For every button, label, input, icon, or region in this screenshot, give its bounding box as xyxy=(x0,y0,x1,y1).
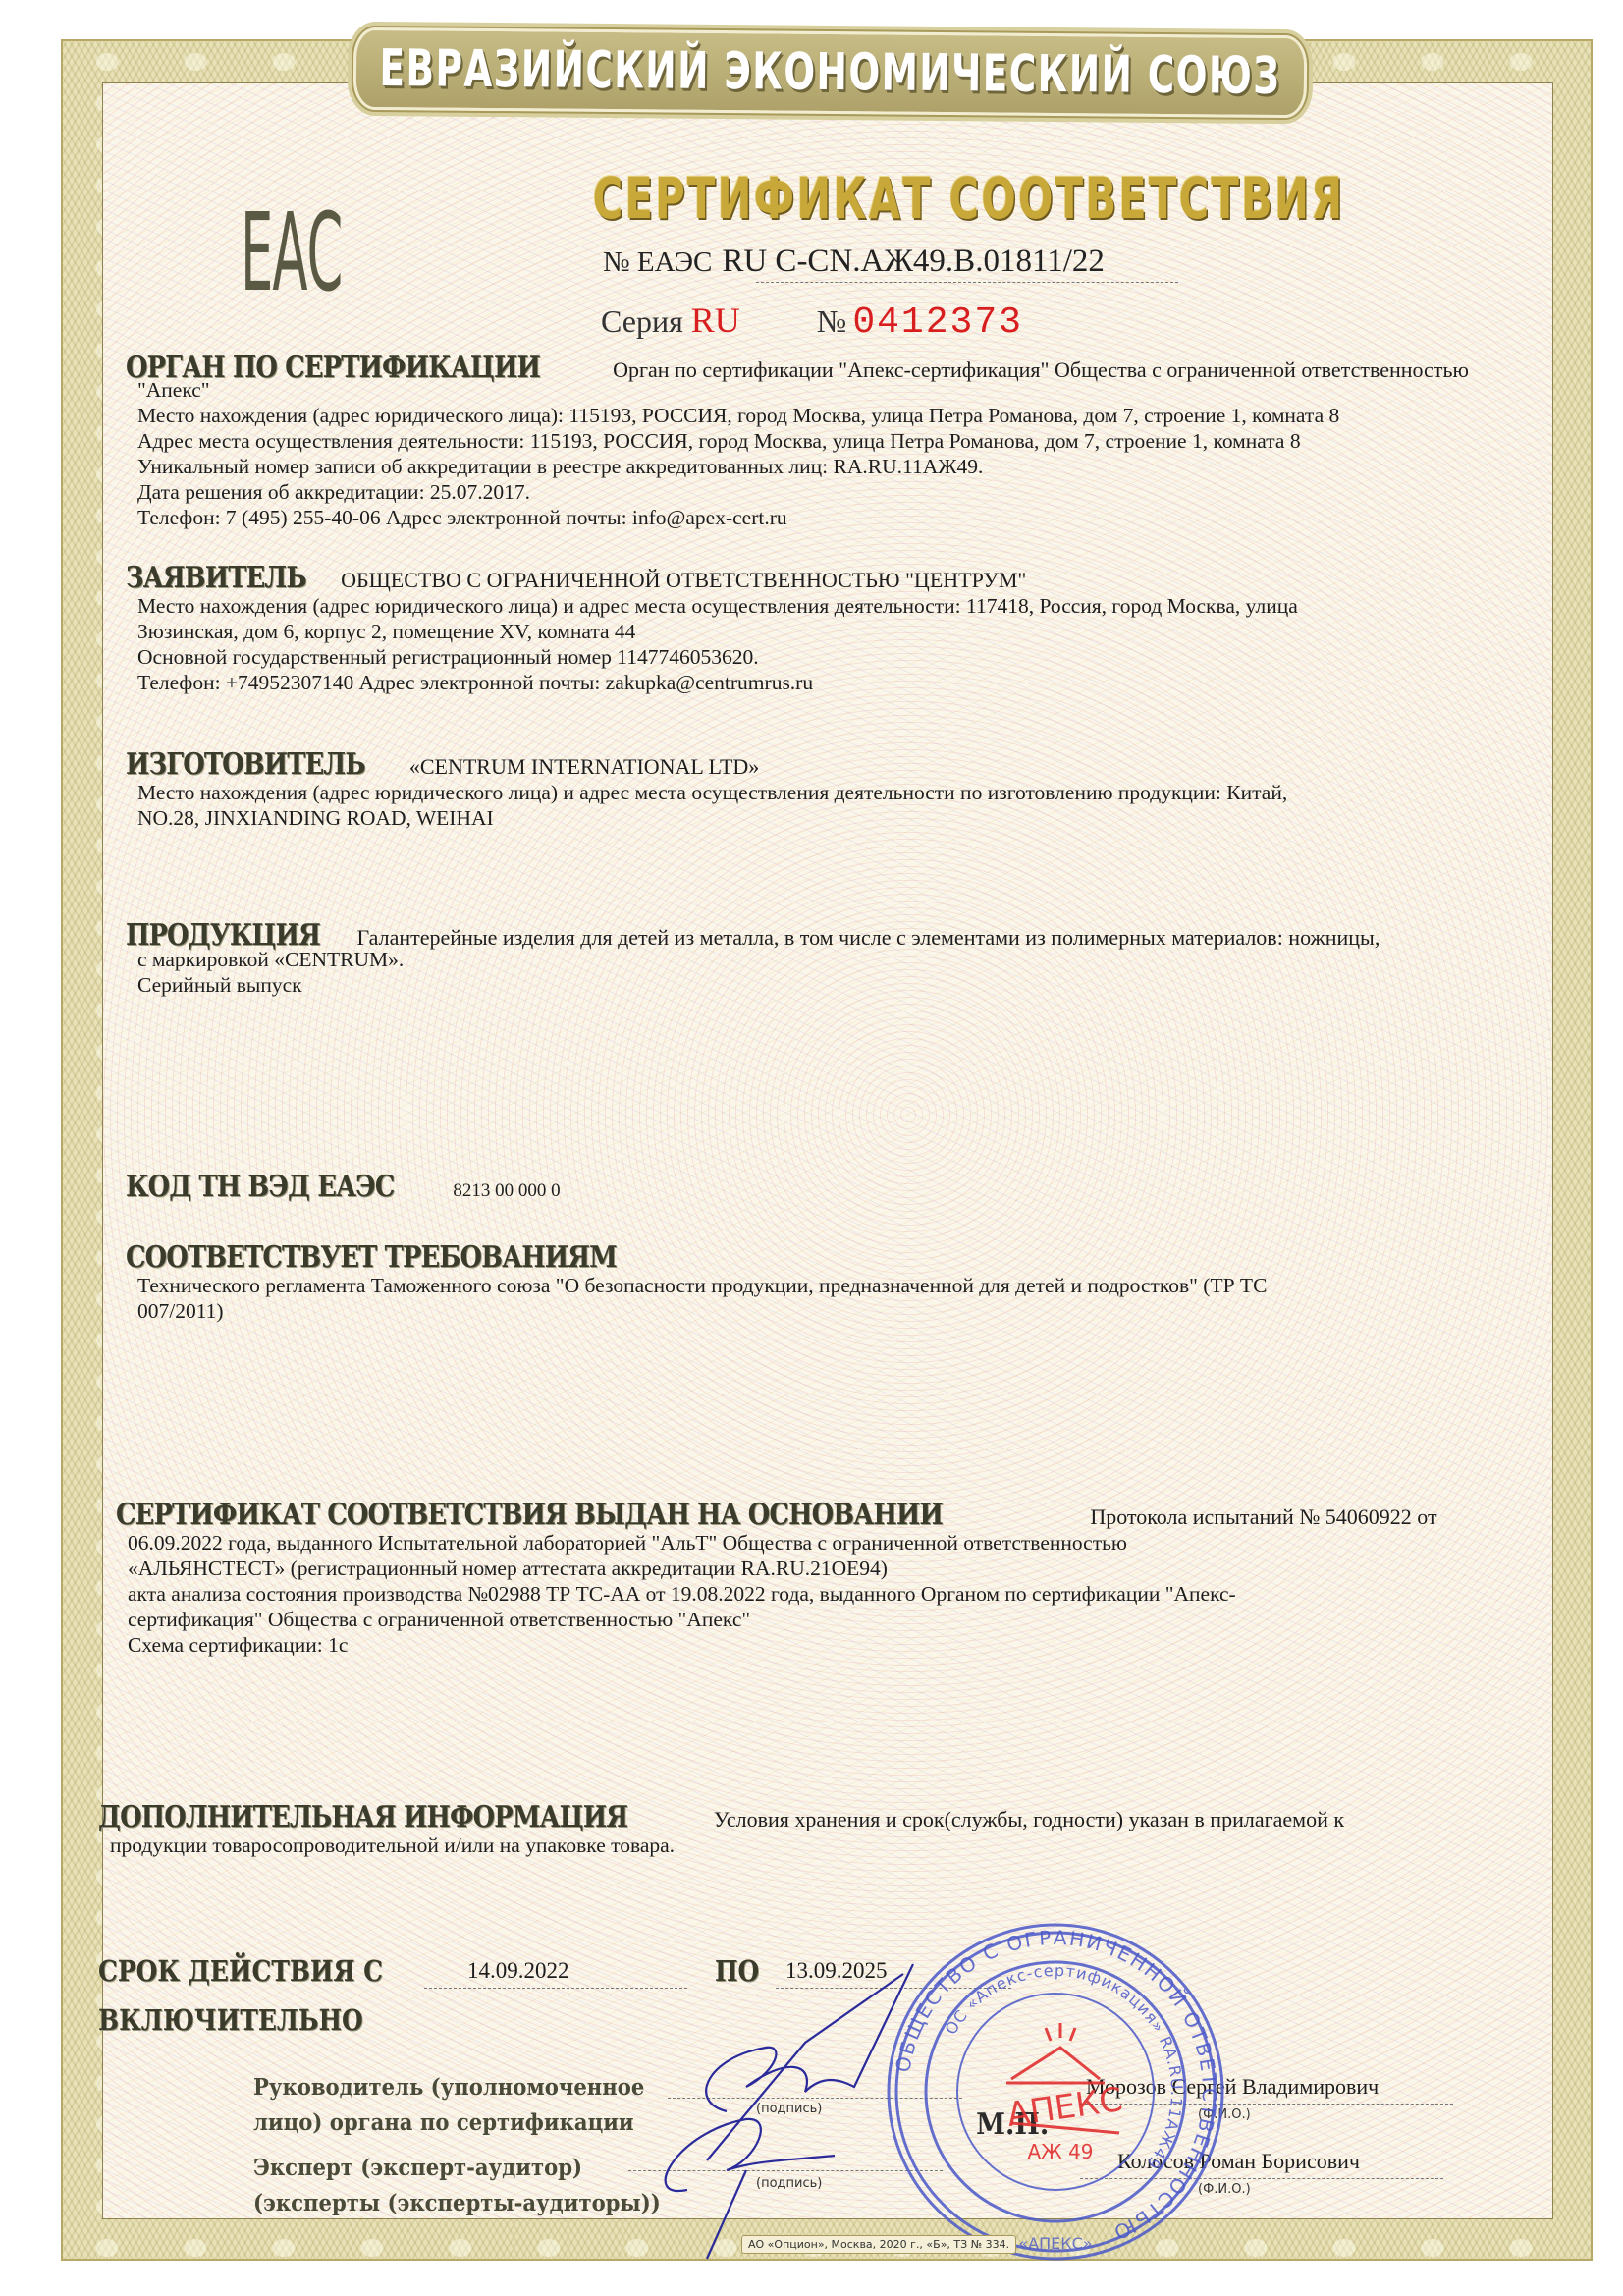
manufacturer-line: NO.28, JINXIANDING ROAD, WEIHAI xyxy=(126,805,1500,831)
certification-body-line: Телефон: 7 (495) 255-40-06 Адрес электро… xyxy=(126,505,1500,530)
certification-body-line: Дата решения об аккредитации: 25.07.2017… xyxy=(126,479,1500,505)
requirements-line: Технического регламента Таможенного союз… xyxy=(126,1273,1500,1298)
applicant-name: ОБЩЕСТВО С ОГРАНИЧЕННОЙ ОТВЕТСТВЕННОСТЬЮ… xyxy=(341,568,1026,592)
validity-to-date: 13.09.2025 xyxy=(785,1958,888,1984)
applicant-heading: ЗАЯВИТЕЛЬ xyxy=(126,566,306,591)
manufacturer-line: Место нахождения (адрес юридического лиц… xyxy=(126,780,1500,805)
additional-first: Условия хранения и срок(службы, годности… xyxy=(714,1807,1344,1831)
basis-line: акта анализа состояния производства №029… xyxy=(116,1581,1490,1607)
applicant-line: Зюзинская, дом 6, корпус 2, помещение XV… xyxy=(126,619,1500,644)
manufacturer-heading: ИЗГОТОВИТЕЛЬ xyxy=(126,752,365,778)
requirements-line: 007/2011) xyxy=(126,1298,1500,1324)
series-block: Серия RU №0412373 xyxy=(601,300,1023,344)
expert-name-line xyxy=(1080,2178,1443,2179)
certification-body-name: Орган по сертификации "Апекс-сертификаци… xyxy=(613,357,1469,382)
validity-to-underline xyxy=(776,1988,1011,1989)
tn-ved-code: 8213 00 000 0 xyxy=(453,1180,560,1201)
expert-label-1: Эксперт (эксперт-аудитор) xyxy=(253,2151,582,2186)
blank-number: 0412373 xyxy=(852,301,1023,344)
requirements-heading: СООТВЕТСТВУЕТ ТРЕБОВАНИЯМ xyxy=(126,1245,617,1271)
head-label-2: лицо) органа по сертификации xyxy=(253,2105,634,2141)
eac-mark-icon: ЕАС xyxy=(241,200,286,304)
certification-body-line: Место нахождения (адрес юридического лиц… xyxy=(126,403,1500,428)
printer-note: АО «Опцион», Москва, 2020 г., «Б», ТЗ № … xyxy=(741,2235,1016,2254)
product-section: ПРОДУКЦИЯ Галантерейные изделия для дете… xyxy=(126,923,1500,998)
basis-line: Схема сертификации: 1с xyxy=(116,1632,1490,1658)
head-name-line xyxy=(1080,2104,1453,2105)
registration-value: RU C-CN.АЖ49.В.01811/22 xyxy=(722,244,1105,279)
document-title: СЕРТИФИКАТ СООТВЕТСТВИЯ xyxy=(593,165,1116,232)
head-signature-line xyxy=(668,2098,962,2099)
expert-name: Колосов Роман Борисович xyxy=(1117,2149,1360,2174)
applicant-line: Основной государственный регистрационный… xyxy=(126,644,1500,670)
requirements-section: СООТВЕТСТВУЕТ ТРЕБОВАНИЯМ Технического р… xyxy=(126,1245,1500,1324)
stamp-place-label: М.П. xyxy=(976,2107,1049,2142)
tn-ved-heading: КОД ТН ВЭД ЕАЭС xyxy=(126,1175,395,1200)
basis-line: «АЛЬЯНСТЕСТ» (регистрационный номер атте… xyxy=(116,1556,1490,1581)
validity-from-underline xyxy=(424,1988,687,1989)
certification-body-line: Адрес места осуществления деятельности: … xyxy=(126,428,1500,454)
union-banner: ЕВРАЗИЙСКИЙ ЭКОНОМИЧЕСКИЙ СОЮЗ xyxy=(353,27,1308,118)
validity-to-label: ПО xyxy=(715,1954,759,1988)
head-name-caption: (Ф.И.О.) xyxy=(1198,2107,1251,2122)
validity-from-date: 14.09.2022 xyxy=(467,1958,569,1984)
applicant-line: Телефон: +74952307140 Адрес электронной … xyxy=(126,670,1500,695)
basis-line: сертификация" Общества с ограниченной от… xyxy=(116,1607,1490,1632)
product-description: Галантерейные изделия для детей из метал… xyxy=(357,925,1380,950)
additional-heading: ДОПОЛНИТЕЛЬНАЯ ИНФОРМАЦИЯ xyxy=(98,1805,627,1831)
expert-signature-line xyxy=(628,2170,943,2171)
blank-number-label: № xyxy=(817,303,847,339)
certification-body-section: ОРГАН ПО СЕРТИФИКАЦИИ Орган по сертифика… xyxy=(126,355,1500,530)
basis-first: Протокола испытаний № 54060922 от xyxy=(1090,1504,1436,1529)
tn-ved-section: КОД ТН ВЭД ЕАЭС 8213 00 000 0 xyxy=(126,1175,1500,1204)
expert-signature-caption: (подпись) xyxy=(756,2176,822,2191)
head-signature-caption: (подпись) xyxy=(756,2102,822,2116)
expert-label-2: (эксперты (эксперты-аудиторы)) xyxy=(253,2186,661,2221)
product-line: Серийный выпуск xyxy=(126,972,1500,998)
basis-section: СЕРТИФИКАТ СООТВЕТСТВИЯ ВЫДАН НА ОСНОВАН… xyxy=(116,1503,1490,1658)
certification-body-heading: ОРГАН ПО СЕРТИФИКАЦИИ xyxy=(126,355,540,381)
basis-heading: СЕРТИФИКАТ СООТВЕТСТВИЯ ВЫДАН НА ОСНОВАН… xyxy=(116,1503,943,1528)
head-label-1: Руководитель (уполномоченное xyxy=(253,2070,644,2105)
series-value: RU xyxy=(691,301,740,340)
manufacturer-name: «CENTRUM INTERNATIONAL LTD» xyxy=(409,754,759,779)
series-label: Серия xyxy=(601,303,683,339)
applicant-section: ЗАЯВИТЕЛЬ ОБЩЕСТВО С ОГРАНИЧЕННОЙ ОТВЕТС… xyxy=(126,566,1500,695)
additional-line: продукции товаросопроводительной и/или н… xyxy=(98,1832,1473,1858)
basis-line: 06.09.2022 года, выданного Испытательной… xyxy=(116,1530,1490,1556)
applicant-line: Место нахождения (адрес юридического лиц… xyxy=(126,593,1500,619)
additional-section: ДОПОЛНИТЕЛЬНАЯ ИНФОРМАЦИЯУсловия хранени… xyxy=(98,1805,1473,1858)
union-name: ЕВРАЗИЙСКИЙ ЭКОНОМИЧЕСКИЙ СОЮЗ xyxy=(379,39,1280,106)
product-heading: ПРОДУКЦИЯ xyxy=(126,923,320,949)
registration-underline xyxy=(756,282,1178,283)
head-name: Морозов Сергей Владимирович xyxy=(1086,2074,1379,2100)
expert-name-caption: (Ф.И.О.) xyxy=(1198,2182,1251,2197)
registration-label: № ЕАЭС xyxy=(603,246,712,278)
validity-inclusive-label: ВКЛЮЧИТЕЛЬНО xyxy=(98,2003,363,2037)
validity-from-label: СРОК ДЕЙСТВИЯ С xyxy=(98,1954,383,1988)
manufacturer-section: ИЗГОТОВИТЕЛЬ «CENTRUM INTERNATIONAL LTD»… xyxy=(126,752,1500,831)
registration-number: № ЕАЭСRU C-CN.АЖ49.В.01811/22 xyxy=(603,244,1105,280)
certification-body-line: Уникальный номер записи об аккредитации … xyxy=(126,454,1500,479)
